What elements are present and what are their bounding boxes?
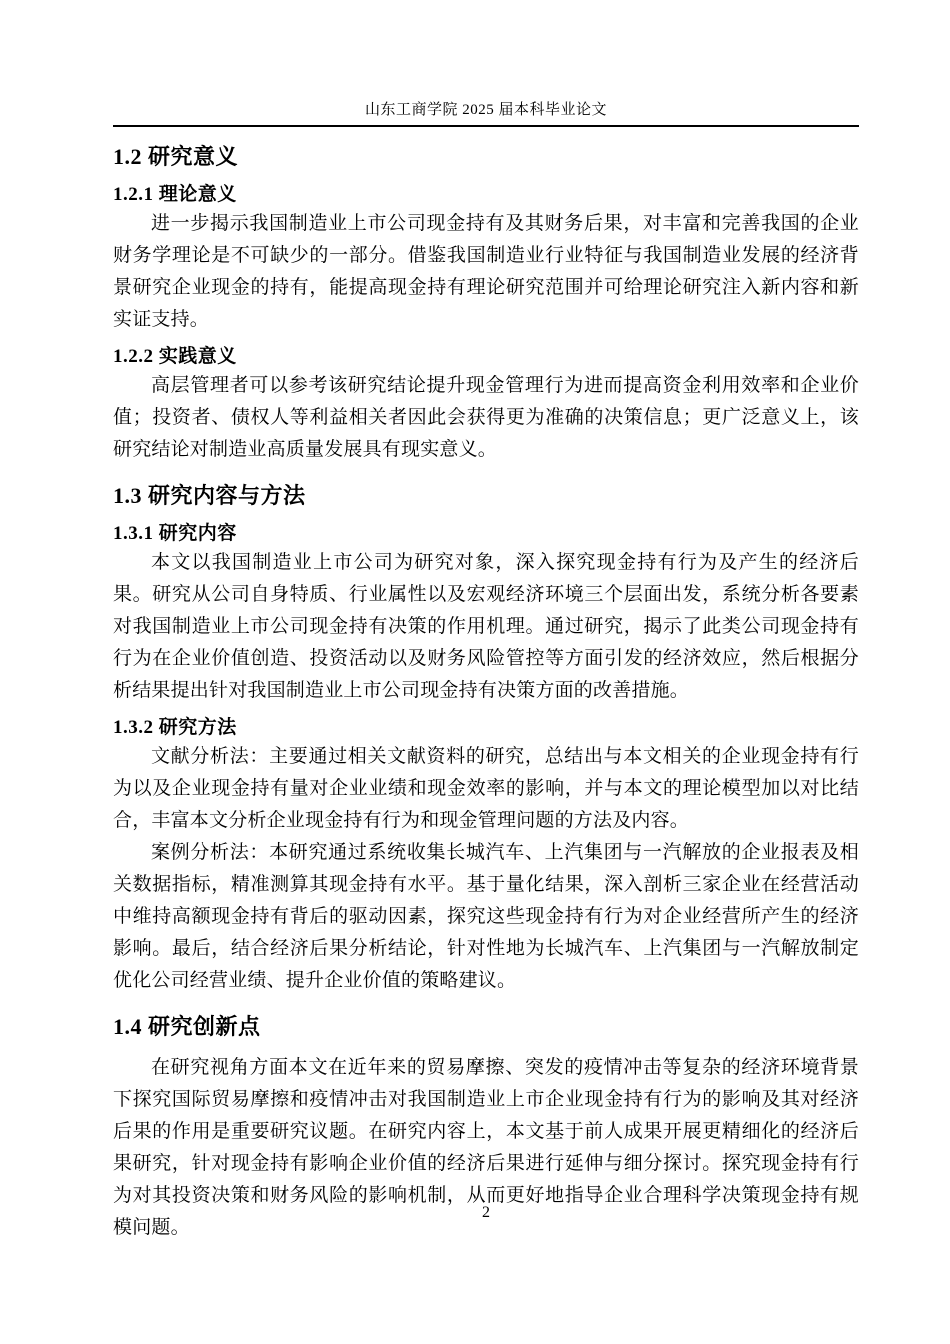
thesis-page: 山东工商学院 2025 届本科毕业论文 1.2 研究意义 1.2.1 理论意义 … — [0, 0, 950, 1344]
paragraph-practical-significance: 高层管理者可以参考该研究结论提升现金管理行为进而提高资金利用效率和企业价值；投资… — [113, 370, 859, 466]
section-title-1-4: 1.4 研究创新点 — [113, 1012, 859, 1042]
paragraph-research-content: 本文以我国制造业上市公司为研究对象，深入探究现金持有行为及产生的经济后果。研究从… — [113, 547, 859, 707]
paragraph-literature-analysis-method: 文献分析法：主要通过相关文献资料的研究，总结出与本文相关的企业现金持有行为以及企… — [113, 741, 859, 837]
paragraph-theoretical-significance: 进一步揭示我国制造业上市公司现金持有及其财务后果，对丰富和完善我国的企业财务学理… — [113, 208, 859, 336]
paragraph-case-analysis-method: 案例分析法：本研究通过系统收集长城汽车、上汽集团与一汽解放的企业报表及相关数据指… — [113, 837, 859, 997]
section-title-1-2: 1.2 研究意义 — [113, 142, 859, 172]
subsection-title-1-2-2: 1.2.2 实践意义 — [113, 344, 859, 370]
page-number: 2 — [113, 1202, 859, 1224]
subsection-title-1-3-2: 1.3.2 研究方法 — [113, 715, 859, 741]
subsection-title-1-3-1: 1.3.1 研究内容 — [113, 521, 859, 547]
section-title-1-3: 1.3 研究内容与方法 — [113, 481, 859, 511]
page-content: 山东工商学院 2025 届本科毕业论文 1.2 研究意义 1.2.1 理论意义 … — [113, 0, 859, 1244]
header-rule — [113, 125, 859, 127]
running-header-text: 山东工商学院 2025 届本科毕业论文 — [113, 100, 859, 120]
running-header: 山东工商学院 2025 届本科毕业论文 — [113, 0, 859, 127]
subsection-title-1-2-1: 1.2.1 理论意义 — [113, 182, 859, 208]
